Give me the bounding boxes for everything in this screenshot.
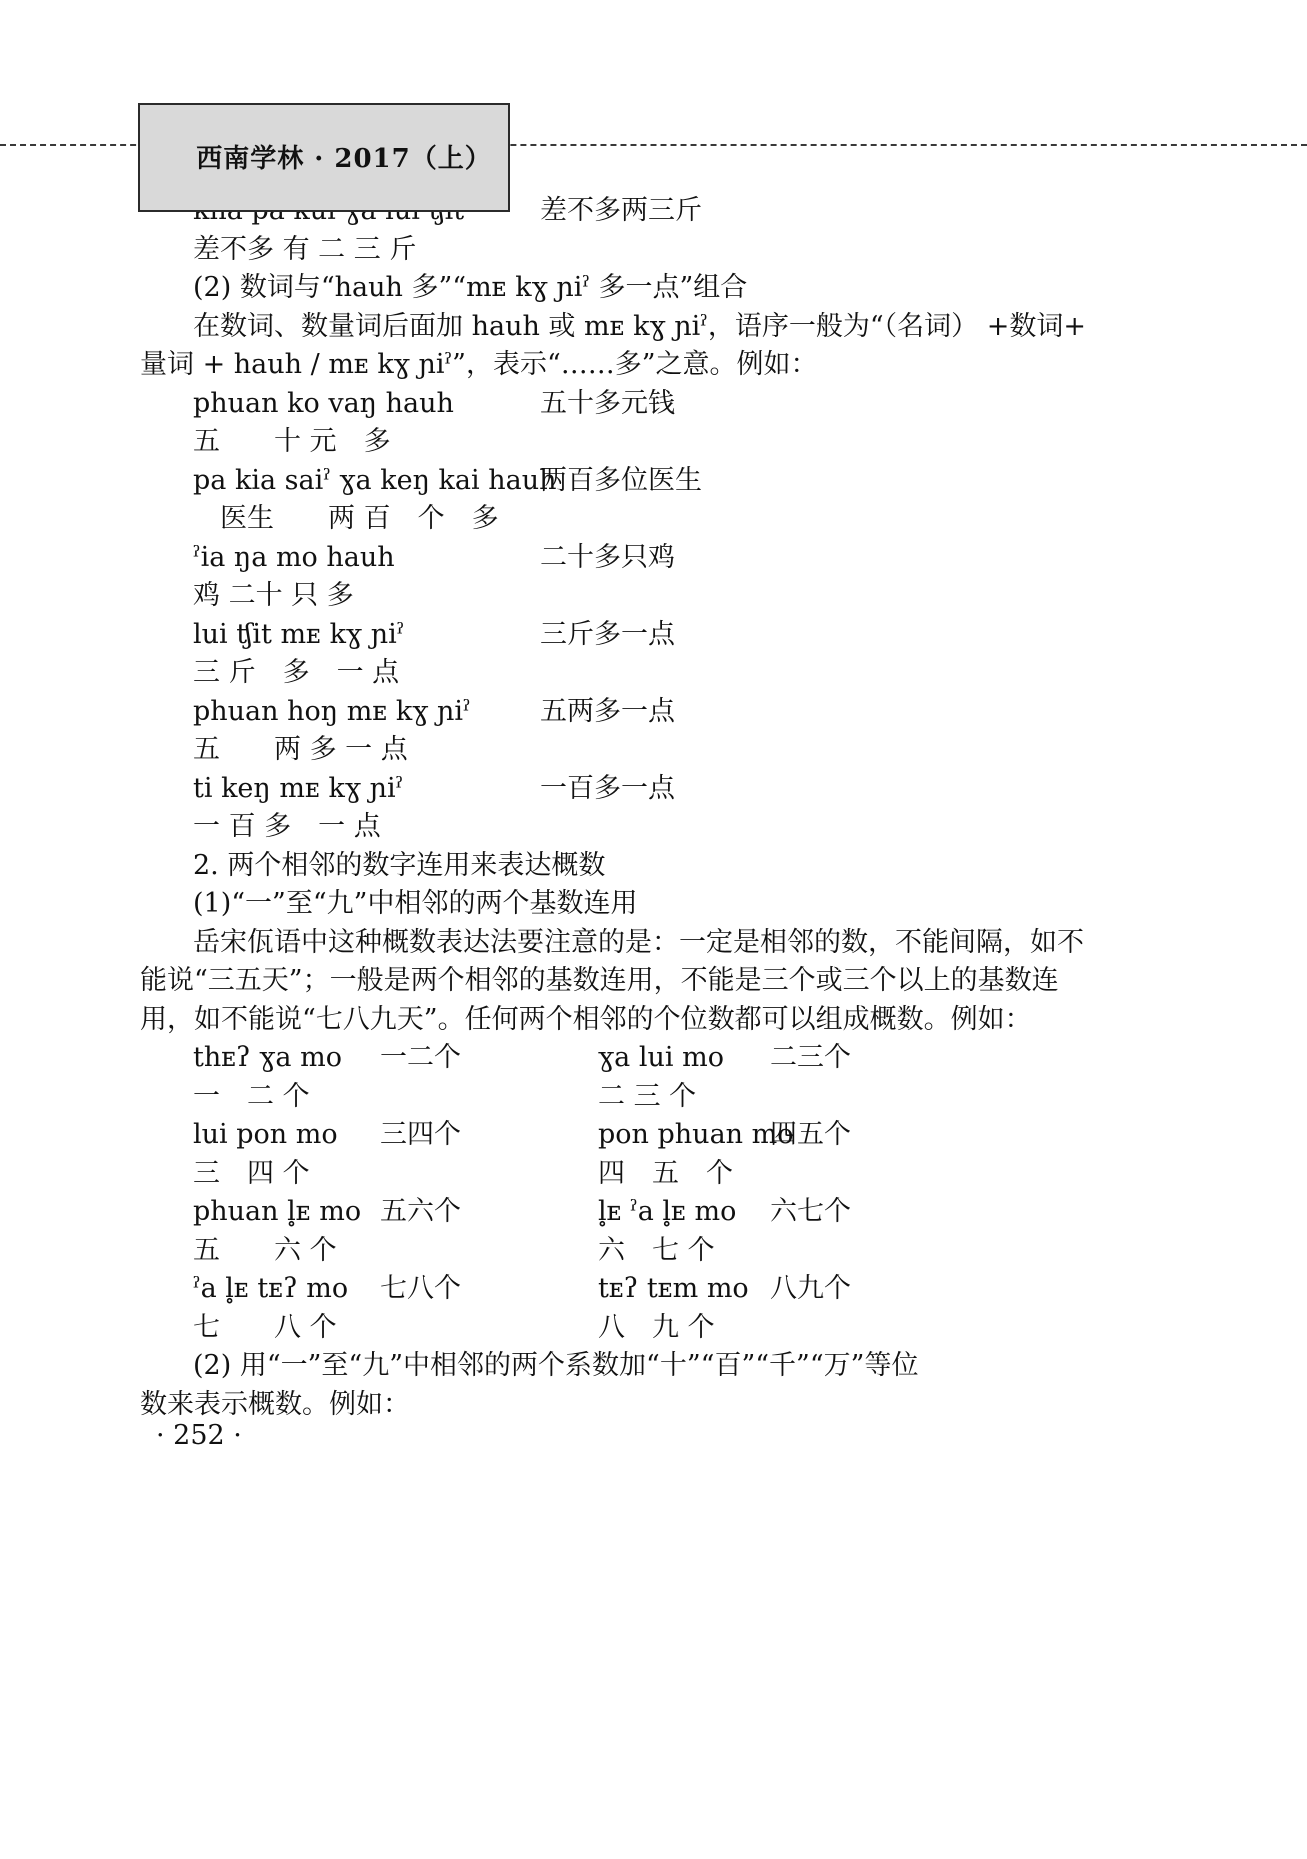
paragraph-line: 量词 + hauh / mᴇ kɣ ɲiˀ”，表示“……多”之意。例如： — [140, 346, 1200, 385]
translation-text-left: 七八个 — [380, 1270, 461, 1309]
gloss-text: 医生 两 百 个 多 — [193, 500, 499, 539]
two-column-example-row: lui pon mo三四个pon phuan mo四五个 — [140, 1116, 1200, 1155]
example-row: pa kia saiˀ ɣa keŋ kai hauh两百多位医生 — [140, 462, 1200, 501]
gloss-text-right: 四 五 个 — [598, 1155, 733, 1194]
gloss-text-right: 二 三 个 — [598, 1078, 696, 1117]
ipa-text-left: ˀa l̥ᴇ tᴇʔ mo — [193, 1270, 348, 1309]
translation-text-left: 三四个 — [380, 1116, 461, 1155]
ipa-text-right: tᴇʔ tᴇm mo — [598, 1270, 749, 1309]
gloss-text: 鸡 二十 只 多 — [193, 577, 354, 616]
gloss-row: 三 斤 多 一 点 — [140, 654, 1200, 693]
gloss-row: 医生 两 百 个 多 — [140, 500, 1200, 539]
translation-text-left: 一二个 — [380, 1039, 461, 1078]
paragraph-line: 数来表示概数。例如： — [140, 1386, 1200, 1425]
gloss-row: 五 两 多 一 点 — [140, 731, 1200, 770]
ipa-text: pa kia saiˀ ɣa keŋ kai hauh — [193, 462, 557, 501]
ipa-text: ˀia ŋa mo hauh — [193, 539, 395, 578]
paragraph-line: 岳宋佤语中这种概数表达法要注意的是：一定是相邻的数，不能间隔，如不 — [140, 924, 1200, 963]
gloss-text-left: 三 四 个 — [193, 1155, 310, 1194]
example-row: phuan ko vaŋ hauh五十多元钱 — [140, 385, 1200, 424]
ipa-text-left: lui pon mo — [193, 1116, 338, 1155]
translation-text: 三斤多一点 — [540, 616, 675, 655]
gloss-row: 一 百 多 一 点 — [140, 808, 1200, 847]
example-row: ˀia ŋa mo hauh二十多只鸡 — [140, 539, 1200, 578]
paragraph-line: 2. 两个相邻的数字连用来表达概数 — [140, 847, 1200, 886]
journal-title: 西南学林 · 2017（上） — [196, 144, 492, 174]
paragraph-line: (1)“一”至“九”中相邻的两个基数连用 — [140, 885, 1200, 924]
paragraph-line: 在数词、数量词后面加 hauh 或 mᴇ kɣ ɲiˀ，语序一般为“（名词） +… — [140, 308, 1200, 347]
translation-text: 五十多元钱 — [540, 385, 675, 424]
gloss-text: 三 斤 多 一 点 — [193, 654, 399, 693]
gloss-text: 一 百 多 一 点 — [193, 808, 381, 847]
translation-text-right: 四五个 — [770, 1116, 851, 1155]
gloss-row: 五 十 元 多 — [140, 423, 1200, 462]
ipa-text-left: phuan l̥ᴇ mo — [193, 1193, 361, 1232]
gloss-text-left: 一 二 个 — [193, 1078, 310, 1117]
translation-text-right: 八九个 — [770, 1270, 851, 1309]
gloss-text: 五 两 多 一 点 — [193, 731, 408, 770]
ipa-text-right: pon phuan mo — [598, 1116, 794, 1155]
gloss-text: 差不多 有 二 三 斤 — [193, 231, 416, 270]
two-column-gloss-row: 七 八 个八 九 个 — [140, 1309, 1200, 1348]
translation-text-right: 二三个 — [770, 1039, 851, 1078]
gloss-text: 五 十 元 多 — [193, 423, 391, 462]
translation-text: 差不多两三斤 — [540, 192, 702, 231]
scanned-page: 西南学林 · 2017（上） kha pa kui ɣa lui ʧit差不多两… — [0, 0, 1307, 1859]
translation-text: 两百多位医生 — [540, 462, 702, 501]
gloss-text-left: 五 六 个 — [193, 1232, 337, 1271]
ipa-text: phuan hoŋ mᴇ kɣ ɲiˀ — [193, 693, 471, 732]
translation-text: 五两多一点 — [540, 693, 675, 732]
example-row: ti keŋ mᴇ kɣ ɲiˀ一百多一点 — [140, 770, 1200, 809]
ipa-text: ti keŋ mᴇ kɣ ɲiˀ — [193, 770, 403, 809]
journal-header-badge: 西南学林 · 2017（上） — [138, 103, 510, 212]
translation-text: 二十多只鸡 — [540, 539, 675, 578]
paragraph-line: 用，如不能说“七八九天”。任何两个相邻的个位数都可以组成概数。例如： — [140, 1001, 1200, 1040]
translation-text-left: 五六个 — [380, 1193, 461, 1232]
gloss-row: 鸡 二十 只 多 — [140, 577, 1200, 616]
page-number: · 252 · — [156, 1420, 242, 1451]
ipa-text-right: l̥ᴇ ˀa l̥ᴇ mo — [598, 1193, 736, 1232]
two-column-example-row: thᴇʔ ɣa mo一二个ɣa lui mo二三个 — [140, 1039, 1200, 1078]
translation-text: 一百多一点 — [540, 770, 675, 809]
ipa-text: phuan ko vaŋ hauh — [193, 385, 454, 424]
gloss-text-left: 七 八 个 — [193, 1309, 337, 1348]
two-column-gloss-row: 五 六 个六 七 个 — [140, 1232, 1200, 1271]
ipa-text-left: thᴇʔ ɣa mo — [193, 1039, 342, 1078]
translation-text-right: 六七个 — [770, 1193, 851, 1232]
gloss-text-right: 八 九 个 — [598, 1309, 715, 1348]
two-column-gloss-row: 三 四 个四 五 个 — [140, 1155, 1200, 1194]
two-column-example-row: ˀa l̥ᴇ tᴇʔ mo七八个tᴇʔ tᴇm mo八九个 — [140, 1270, 1200, 1309]
content: kha pa kui ɣa lui ʧit差不多两三斤差不多 有 二 三 斤(2… — [140, 192, 1200, 1424]
two-column-gloss-row: 一 二 个二 三 个 — [140, 1078, 1200, 1117]
gloss-text-right: 六 七 个 — [598, 1232, 715, 1271]
paragraph-line: (2) 数词与“hauh 多”“mᴇ kɣ ɲiˀ 多一点”组合 — [140, 269, 1200, 308]
example-row: lui ʧit mᴇ kɣ ɲiˀ三斤多一点 — [140, 616, 1200, 655]
ipa-text: lui ʧit mᴇ kɣ ɲiˀ — [193, 616, 404, 655]
gloss-row: 差不多 有 二 三 斤 — [140, 231, 1200, 270]
ipa-text-right: ɣa lui mo — [598, 1039, 724, 1078]
paragraph-line: (2) 用“一”至“九”中相邻的两个系数加“十”“百”“千”“万”等位 — [140, 1347, 1200, 1386]
example-row: phuan hoŋ mᴇ kɣ ɲiˀ五两多一点 — [140, 693, 1200, 732]
paragraph-line: 能说“三五天”；一般是两个相邻的基数连用，不能是三个或三个以上的基数连 — [140, 962, 1200, 1001]
two-column-example-row: phuan l̥ᴇ mo五六个l̥ᴇ ˀa l̥ᴇ mo六七个 — [140, 1193, 1200, 1232]
